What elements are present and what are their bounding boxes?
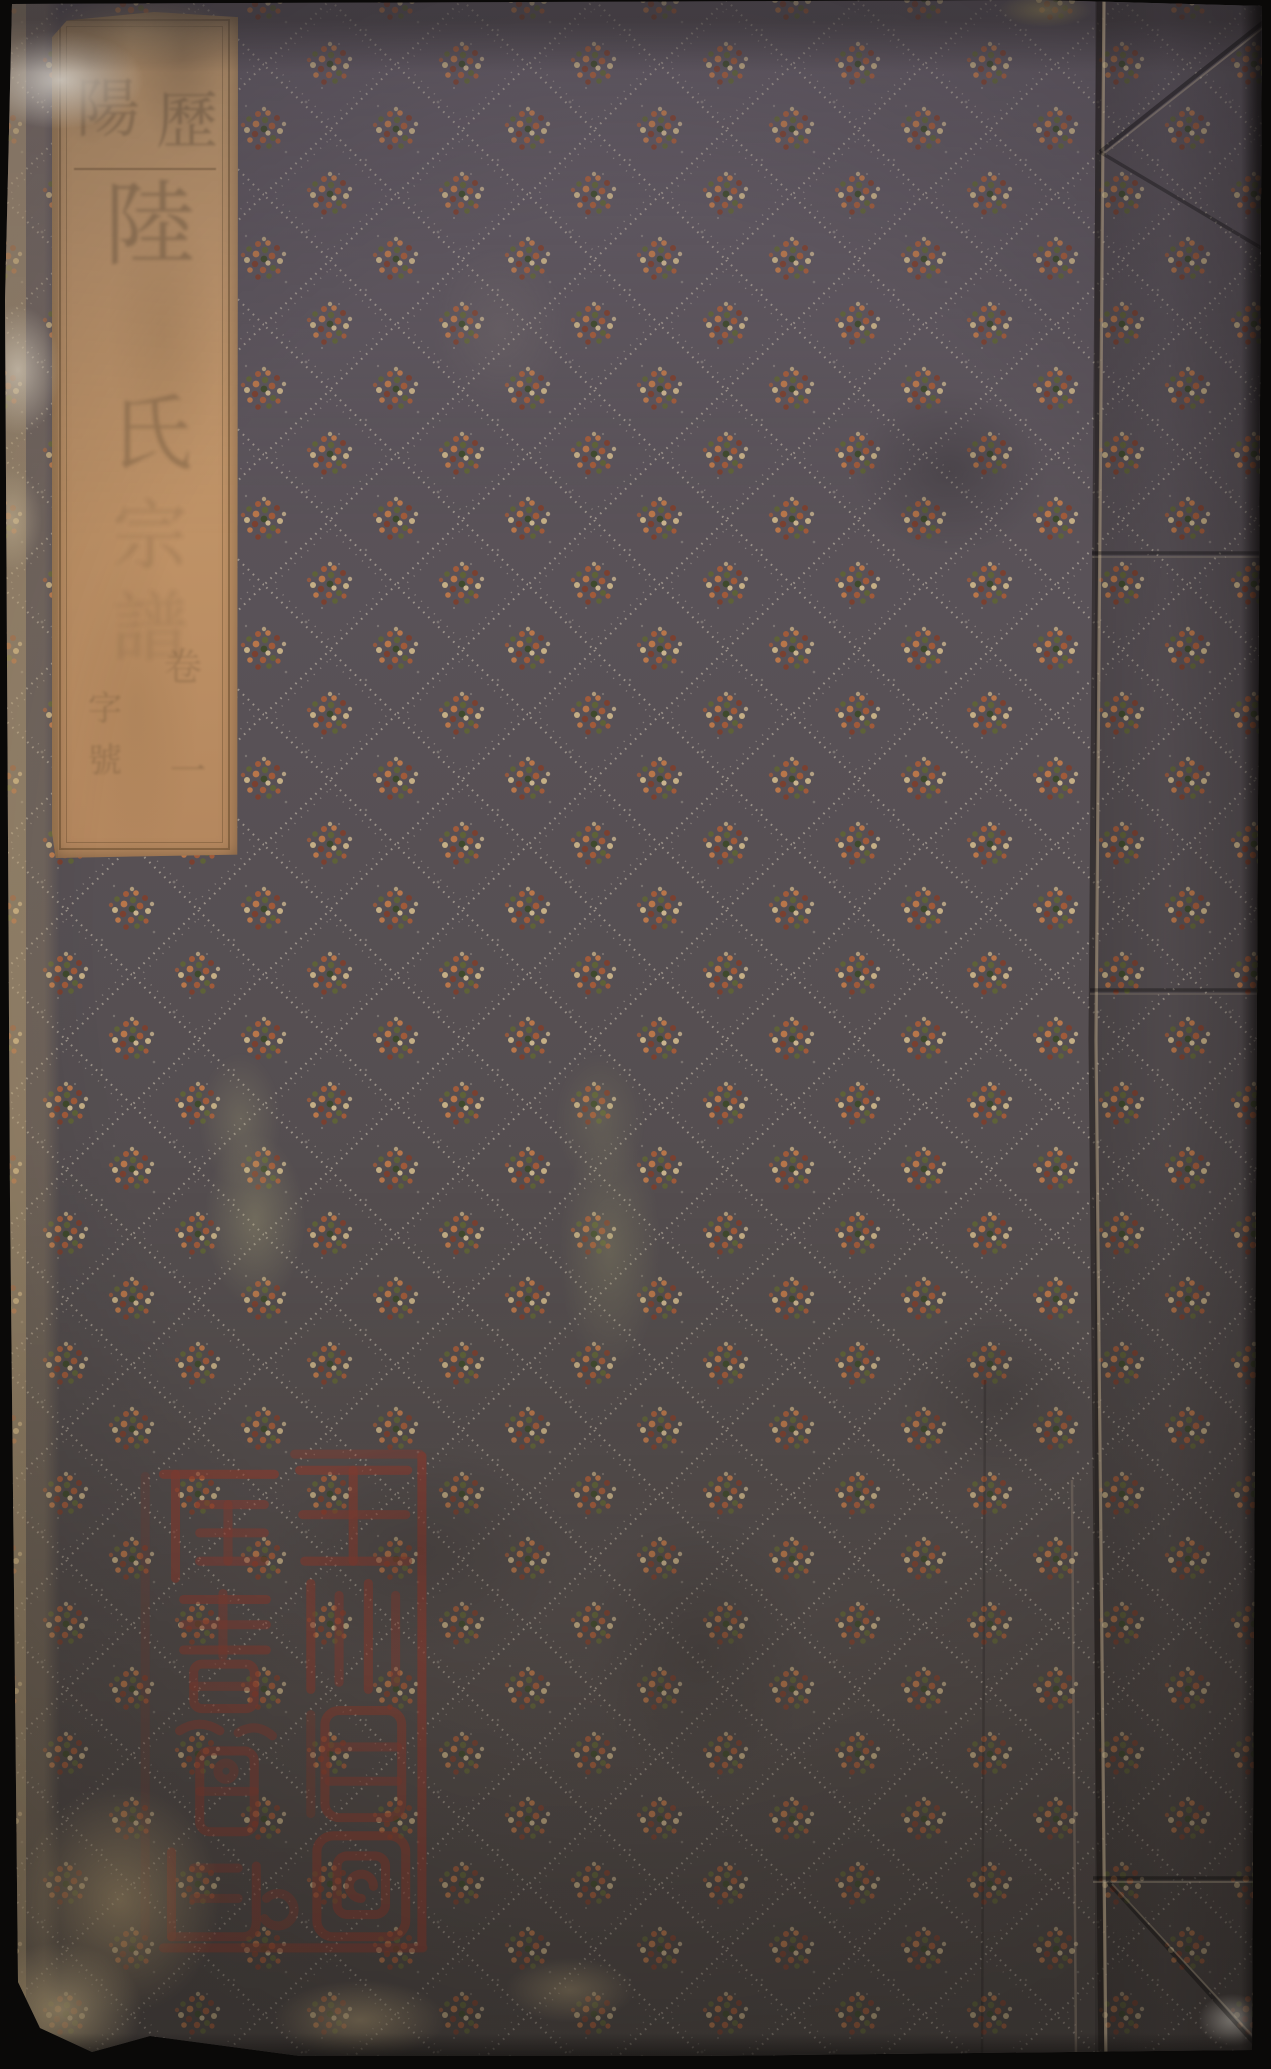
book-cover: 歷 陽 陸 氏 宗 譜 卷 一 字 號 [0,0,1271,2069]
scan-backdrop: 歷 陽 陸 氏 宗 譜 卷 一 字 號 [0,0,1271,2069]
fore-edge-shadow [1241,0,1271,2069]
crease-vertical-faint [1072,1480,1076,2060]
crease-vertical-dark [982,1380,985,2055]
crease-lines [0,0,1271,2069]
bottom-edge-shadow [0,2033,1271,2069]
corner-crease-bottom-right [1108,1882,1262,2052]
